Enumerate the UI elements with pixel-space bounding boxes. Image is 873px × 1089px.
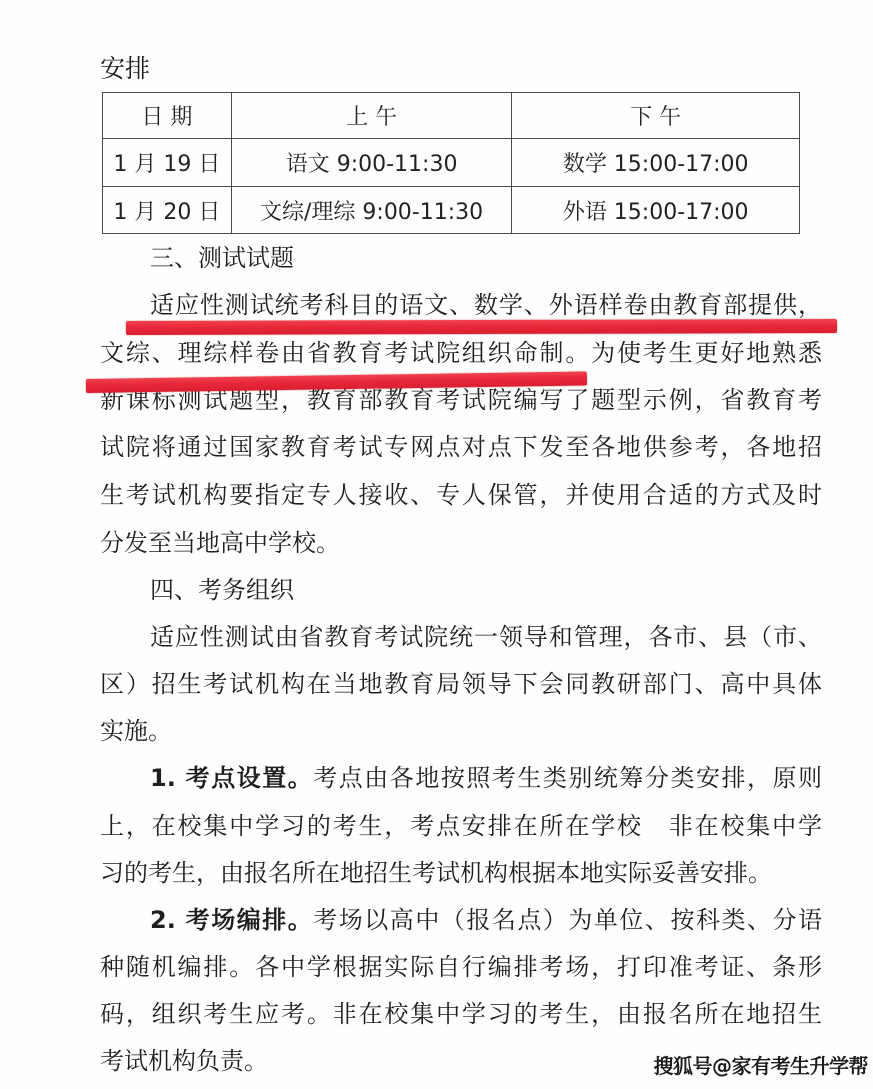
exam-schedule-table: 日 期 上 午 下 午 1 月 19 日 语文 9:00-11:30 数学 15…	[102, 92, 800, 234]
section3-title: 三、测试试题	[150, 243, 294, 273]
document-page: 安排 日 期 上 午 下 午 1 月 19 日 语文 9:00-11:30 数学…	[0, 0, 873, 1089]
item1-text: 考点由各地按照考生类别统筹分类安排，原则	[313, 764, 822, 792]
table-header-row: 日 期 上 午 下 午	[103, 93, 800, 139]
paragraph-line: 分发至当地高中学校。	[100, 528, 822, 558]
item1-first-line: 1. 考点设置。考点由各地按照考生类别统筹分类安排，原则	[150, 763, 822, 793]
cell-date: 1 月 20 日	[103, 187, 232, 234]
item2-lead: 2. 考场编排。	[150, 906, 313, 934]
red-underline-annotation	[126, 319, 837, 335]
paragraph-line: 适应性测试由省教育考试院统一领导和管理，各市、县（市、	[150, 622, 822, 652]
paragraph-line: 试院将通过国家教育考试专网点对点下发至各地供参考，各地招	[100, 432, 822, 462]
header-morning: 上 午	[231, 93, 512, 139]
cell-morning: 语文 9:00-11:30	[231, 139, 512, 187]
paragraph-line: 文综、理综样卷由省教育考试院组织命制。为使考生更好地熟悉	[100, 338, 822, 368]
table-row: 1 月 19 日 语文 9:00-11:30 数学 15:00-17:00	[103, 139, 800, 187]
cell-afternoon: 数学 15:00-17:00	[512, 139, 800, 187]
item2-first-line: 2. 考场编排。考场以高中（报名点）为单位、按科类、分语	[150, 905, 822, 935]
header-afternoon: 下 午	[512, 93, 800, 139]
paragraph-line: 适应性测试统考科目的语文、数学、外语样卷由教育部提供，	[150, 290, 822, 320]
item2-text: 考场以高中（报名点）为单位、按科类、分语	[313, 906, 822, 934]
section4-title: 四、考务组织	[150, 575, 294, 605]
header-date: 日 期	[103, 93, 232, 139]
cell-date: 1 月 19 日	[103, 139, 232, 187]
schedule-label: 安排	[100, 54, 150, 84]
paragraph-line: 区）招生考试机构在当地教育局领导下会同教研部门、高中具体	[100, 669, 822, 699]
table-row: 1 月 20 日 文综/理综 9:00-11:30 外语 15:00-17:00	[103, 187, 800, 234]
cell-morning: 文综/理综 9:00-11:30	[231, 187, 512, 234]
cell-afternoon: 外语 15:00-17:00	[512, 187, 800, 234]
paragraph-line: 上，在校集中学习的考生，考点安排在所在学校 非在校集中学	[100, 811, 822, 841]
paragraph-line: 实施。	[100, 716, 822, 746]
paragraph-line: 习的考生，由报名所在地招生考试机构根据本地实际妥善安排。	[100, 858, 822, 888]
source-watermark: 搜狐号@家有考生升学帮	[654, 1053, 869, 1079]
item1-lead: 1. 考点设置。	[150, 764, 313, 792]
paragraph-line: 生考试机构要指定专人接收、专人保管，并使用合适的方式及时	[100, 480, 822, 510]
paragraph-line: 种随机编排。各中学根据实际自行编排考场，打印准考证、条形	[100, 952, 822, 982]
paragraph-line: 码，组织考生应考。非在校集中学习的考生，由报名所在地招生	[100, 999, 822, 1029]
